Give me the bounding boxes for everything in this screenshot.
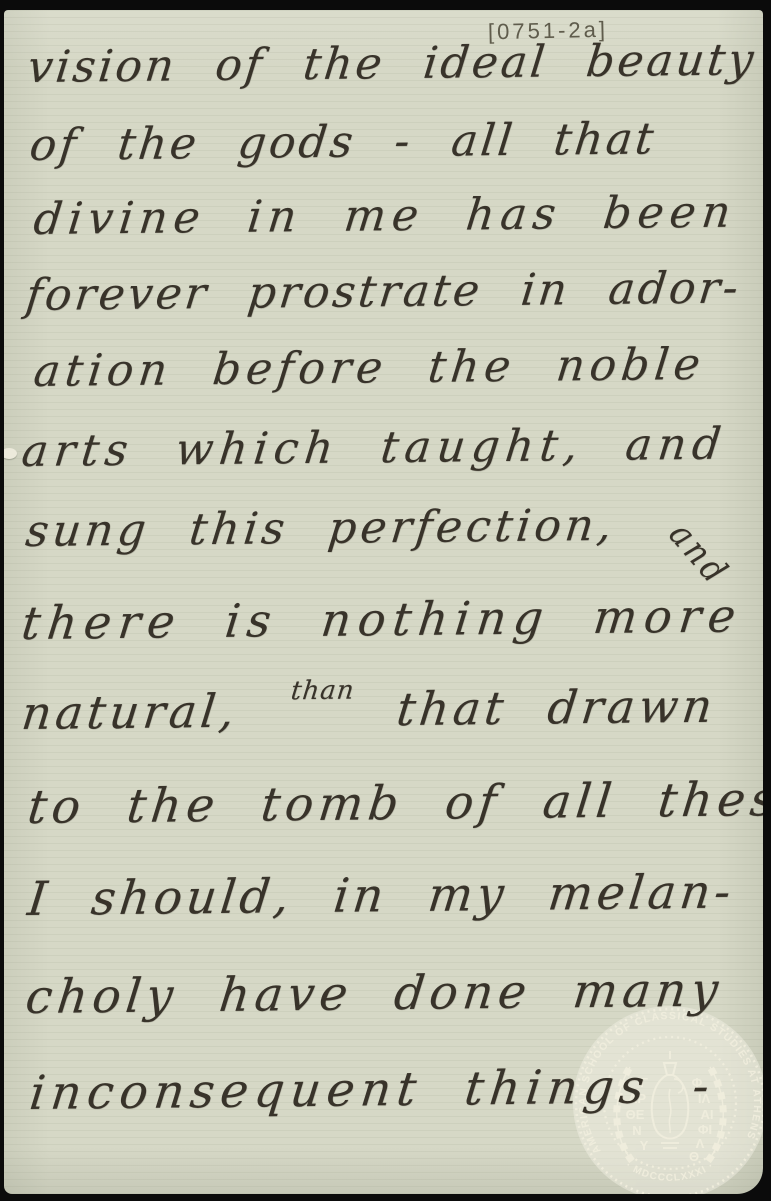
- handwritten-line: sung this perfection, and: [23, 499, 732, 557]
- seal-greek-letter: ΦΙ: [698, 1122, 712, 1137]
- handwritten-line: inconsequent things -: [27, 1059, 718, 1121]
- letter-page: [0751-2a] vision of the ideal beauty of …: [4, 10, 763, 1194]
- handwritten-line: forever prostrate in ador-: [23, 263, 743, 321]
- handwritten-line: of the gods - all that: [27, 113, 659, 171]
- handwritten-line: ation before the noble: [31, 339, 708, 397]
- handwritten-line: arts which taught, and: [19, 419, 729, 477]
- line-text: divine in me has been: [31, 187, 739, 245]
- seal-greek-letter: Ν: [632, 1123, 641, 1138]
- scan-background: [0751-2a] vision of the ideal beauty of …: [0, 0, 771, 1201]
- paper-tear-mark: [4, 448, 17, 459]
- line-text: I should, in my melan-: [25, 865, 737, 927]
- handwritten-line: natural, than that drawn: [19, 679, 719, 740]
- line-text: sung this perfection,: [23, 500, 618, 557]
- line-text: to the tomb of all these: [25, 772, 763, 835]
- line-text: there is nothing more: [19, 588, 745, 650]
- line-text-margin-word: and: [661, 513, 738, 593]
- line-text: ation before the noble: [31, 339, 708, 397]
- line-text: that drawn: [394, 679, 719, 736]
- line-text: choly have done many: [23, 963, 726, 1025]
- handwritten-line: to the tomb of all these: [25, 772, 763, 835]
- line-text: arts which taught, and: [19, 419, 729, 477]
- line-text: of the gods - all that: [27, 113, 659, 171]
- line-text: forever prostrate in ador-: [23, 263, 743, 321]
- inserted-word-above-line: than: [289, 676, 356, 707]
- handwritten-line: there is nothing more: [19, 588, 745, 650]
- line-text: natural,: [19, 684, 241, 740]
- handwritten-line: divine in me has been: [31, 187, 739, 245]
- line-text: inconsequent things -: [27, 1059, 718, 1121]
- handwritten-line: choly have done many: [23, 963, 726, 1025]
- seal-greek-letter: Υ: [640, 1138, 649, 1153]
- line-text: vision of the ideal beauty: [25, 34, 759, 93]
- handwritten-line: I should, in my melan-: [25, 865, 737, 927]
- handwritten-line: vision of the ideal beauty: [25, 34, 759, 93]
- seal-greek-letter: Θ: [689, 1149, 699, 1164]
